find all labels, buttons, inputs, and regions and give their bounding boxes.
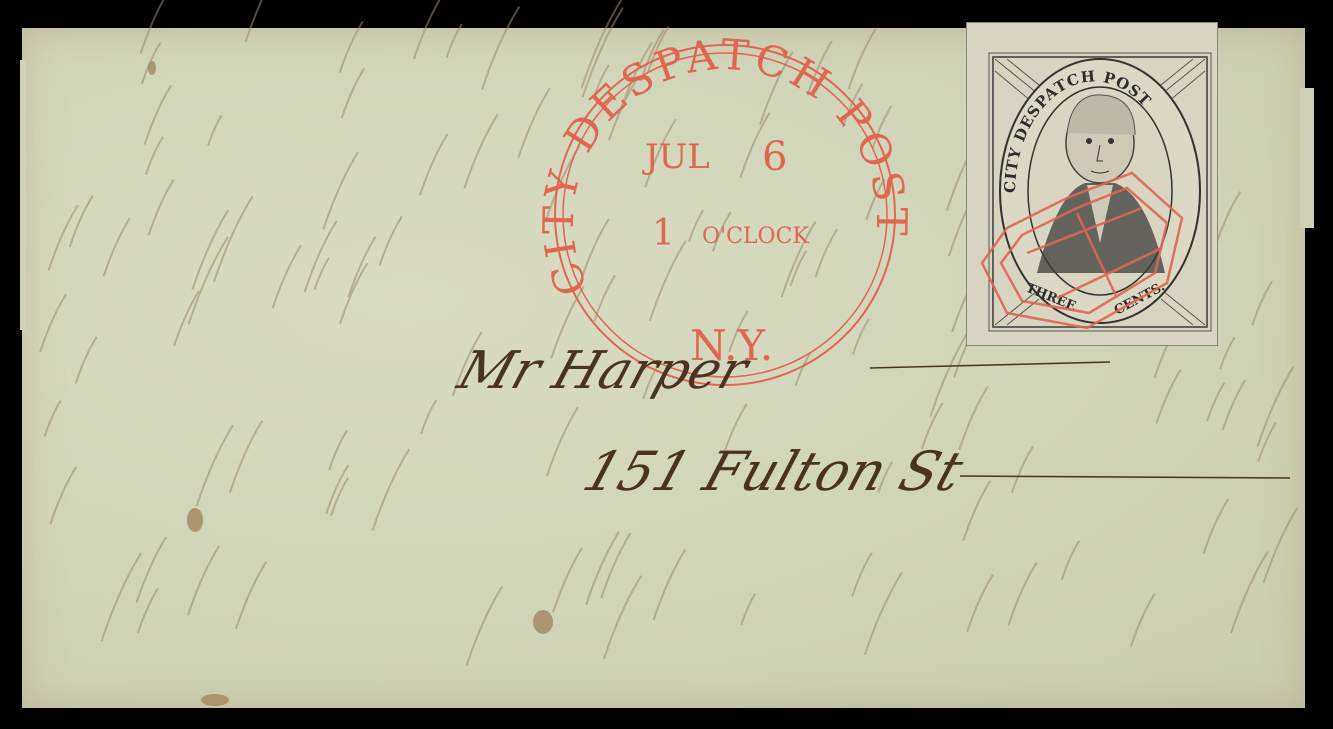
address: Mr Harper 151 Fulton St xyxy=(0,0,1333,729)
address-line-2: 151 Fulton St xyxy=(576,441,971,503)
address-line-1: Mr Harper xyxy=(450,339,759,400)
